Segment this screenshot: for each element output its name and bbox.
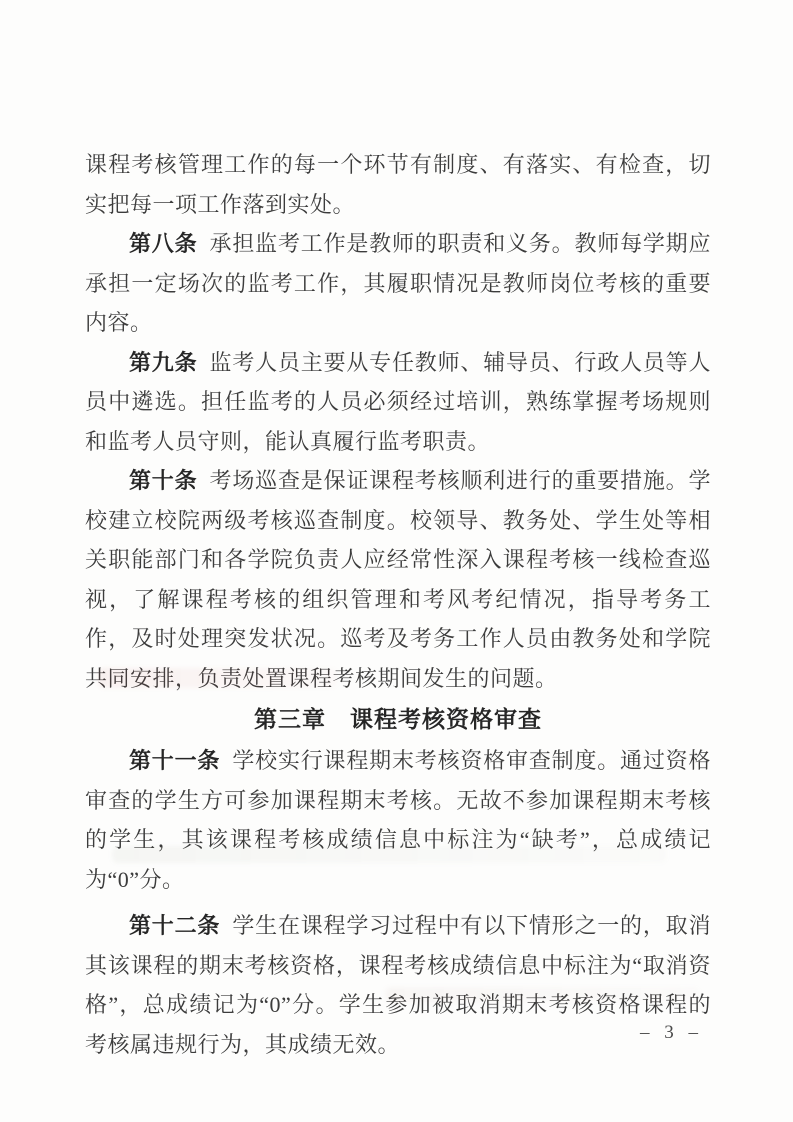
paragraph-article-12: 第十二条学生在课程学习过程中有以下情形之一的，取消其该课程的期末考核资格，课程考…: [85, 906, 711, 1064]
article-number: 第九条: [129, 350, 197, 375]
article-number: 第十二条: [129, 913, 220, 938]
paragraph-text: 课程考核管理工作的每一个环节有制度、有落实、有检查，切实把每一项工作落到实处。: [85, 152, 711, 217]
paragraph-article-11: 第十一条学校实行课程期末考核资格审查制度。通过资格审查的学生方可参加课程期末考核…: [85, 741, 711, 899]
article-number: 第八条: [129, 231, 197, 256]
paragraph-article-10: 第十条考场巡查是保证课程考核顺利进行的重要措施。学校建立校院两级考核巡查制度。校…: [85, 461, 711, 698]
article-number: 第十条: [129, 468, 197, 493]
article-number: 第十一条: [129, 748, 220, 773]
document-page: 课程考核管理工作的每一个环节有制度、有落实、有检查，切实把每一项工作落到实处。 …: [0, 0, 793, 1122]
page-number: – 3 –: [640, 1022, 703, 1044]
chapter-heading: 第三章 课程考核资格审查: [85, 699, 711, 740]
paragraph-article-9: 第九条监考人员主要从专任教师、辅导员、行政人员等人员中遴选。担任监考的人员必须经…: [85, 343, 711, 462]
paragraph-article-8: 第八条承担监考工作是教师的职责和义务。教师每学期应承担一定场次的监考工作，其履职…: [85, 224, 711, 343]
document-body: 课程考核管理工作的每一个环节有制度、有落实、有检查，切实把每一项工作落到实处。 …: [85, 145, 711, 1064]
paragraph-continuation: 课程考核管理工作的每一个环节有制度、有落实、有检查，切实把每一项工作落到实处。: [85, 145, 711, 224]
paragraph-text: 考场巡查是保证课程考核顺利进行的重要措施。学校建立校院两级考核巡查制度。校领导、…: [85, 468, 711, 691]
